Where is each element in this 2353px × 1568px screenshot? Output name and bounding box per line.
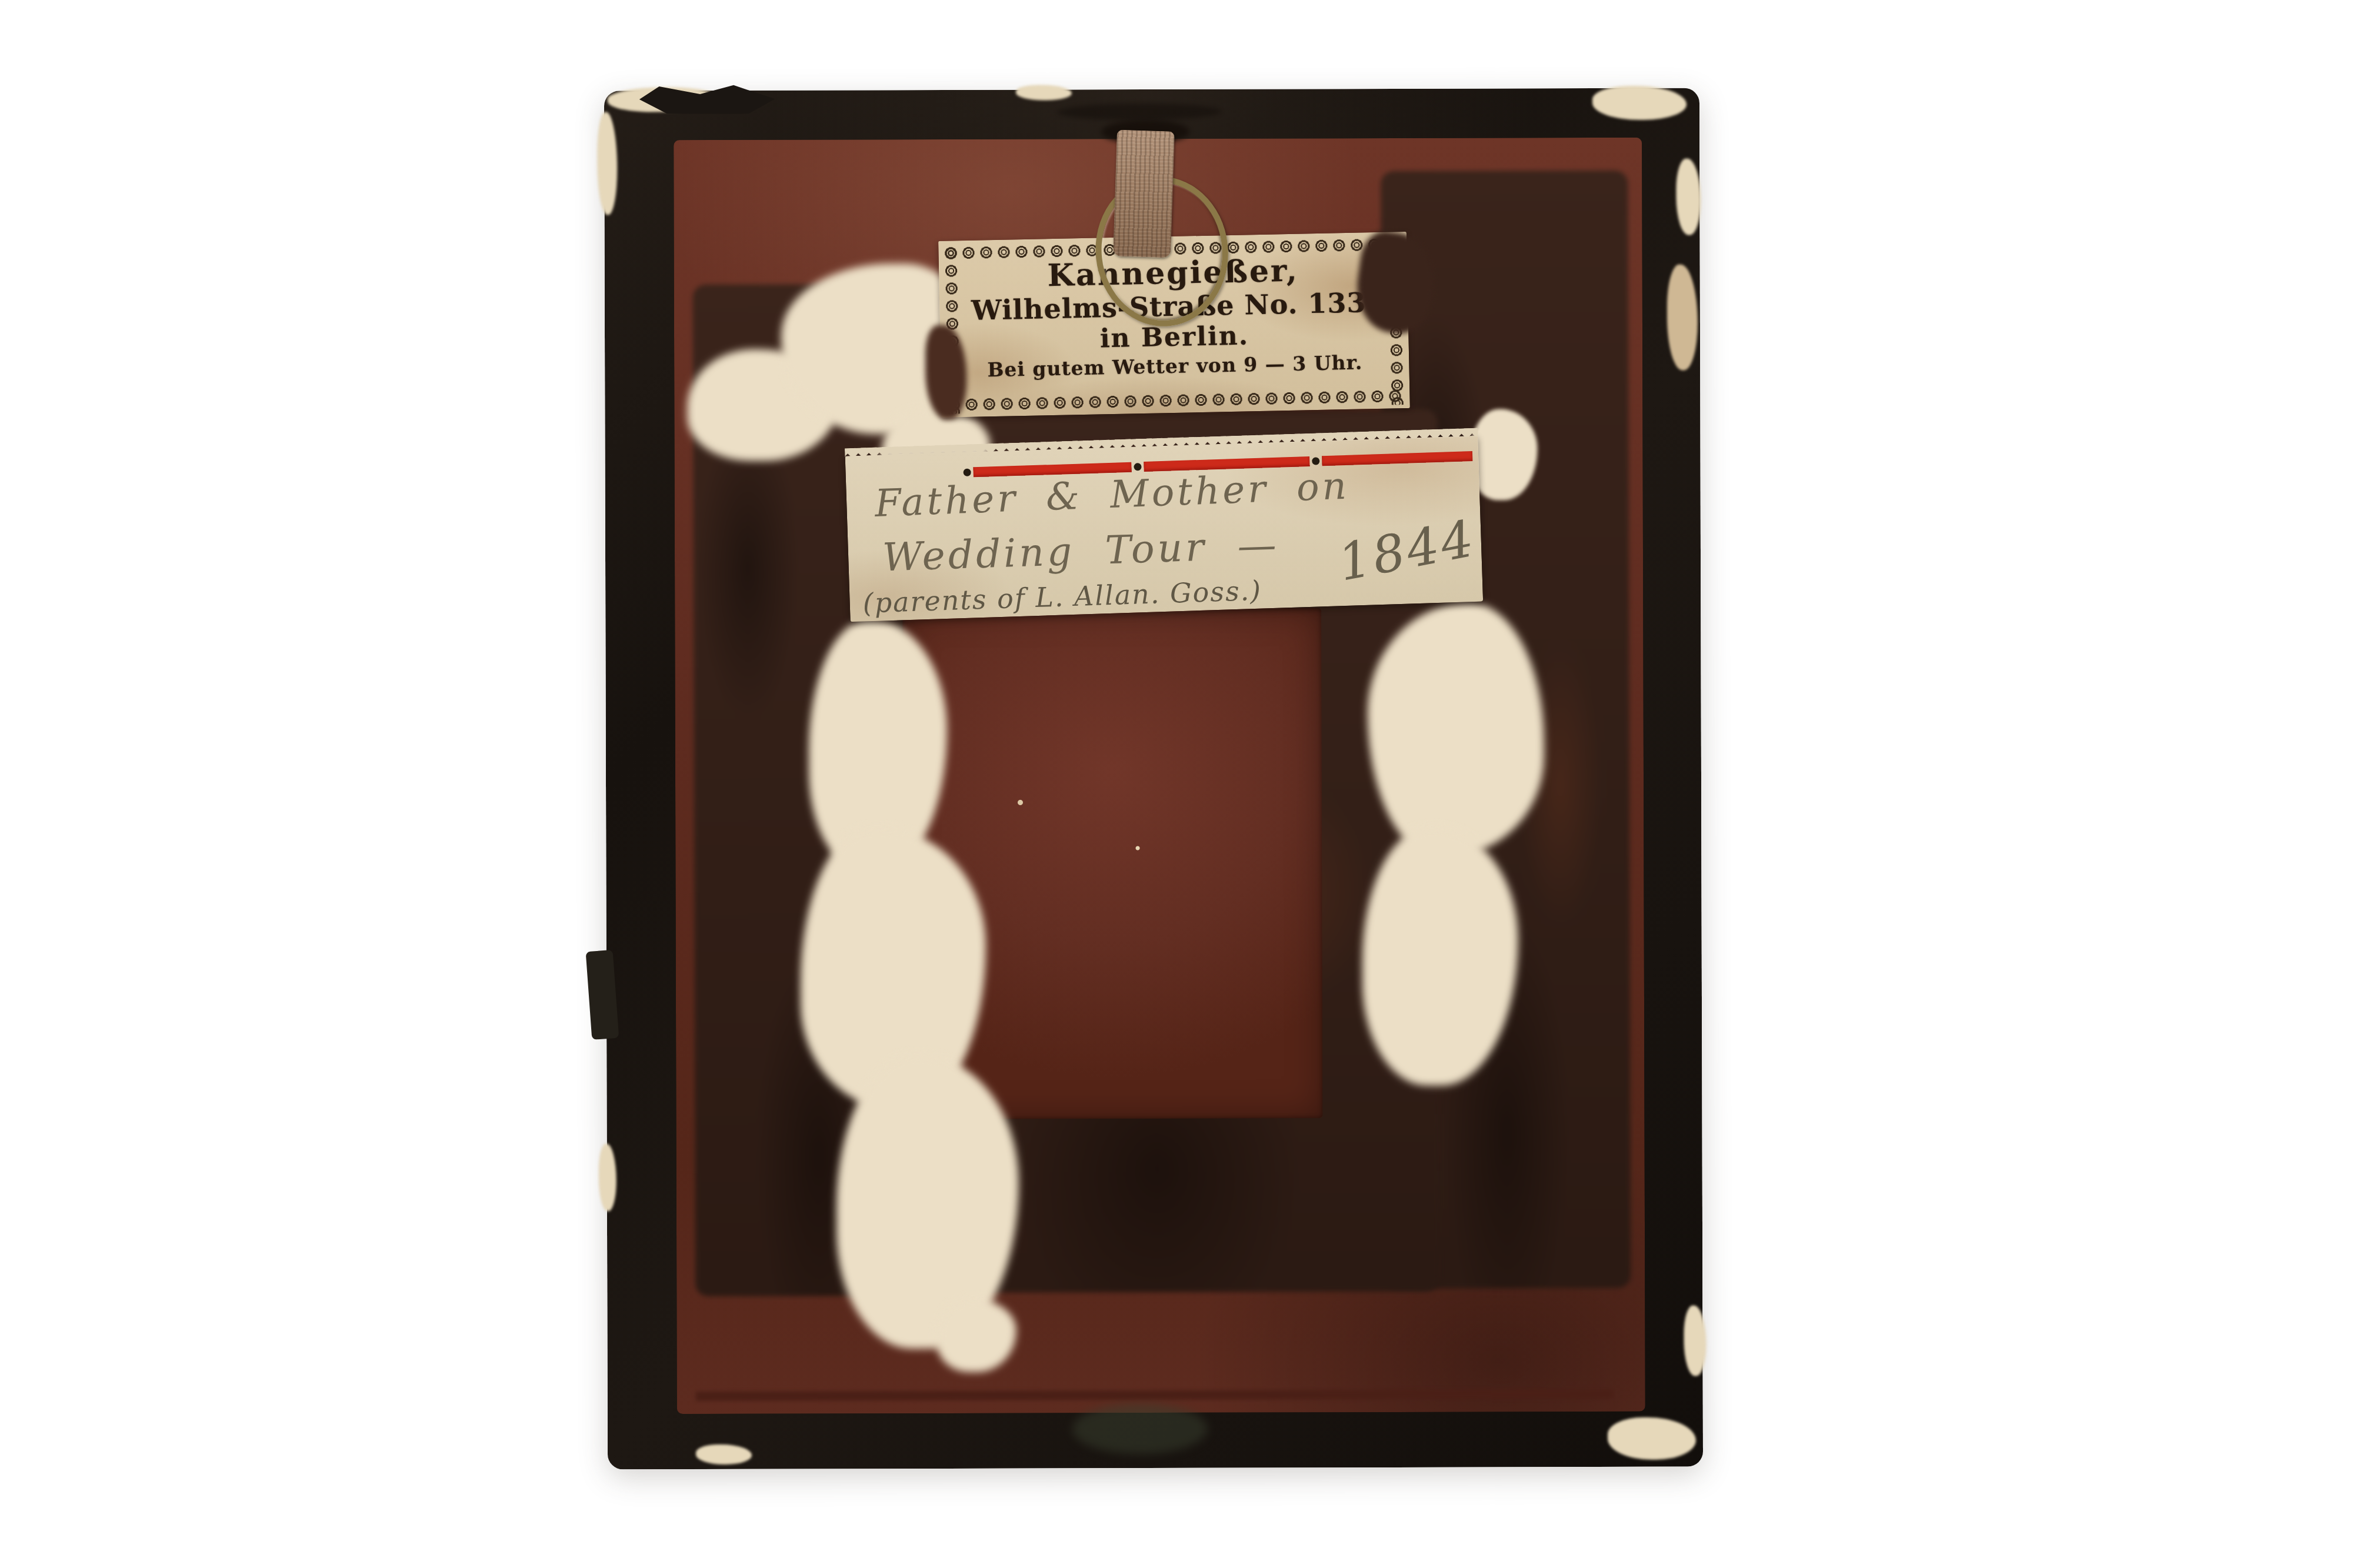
photo-background: Kannegießer, Wilhelms-Straße No. 133. in… (0, 0, 2353, 1568)
edge-wear-chip (1676, 159, 1701, 235)
stripe-segment (1322, 451, 1472, 466)
stripe-dot (963, 469, 971, 476)
edge-wear-chip (1592, 86, 1687, 120)
edge-wear-chip (599, 1143, 616, 1211)
edge-wear-chip (1608, 1417, 1696, 1460)
edge-wear-chip (1016, 85, 1072, 100)
fabric-hanging-loop (1113, 130, 1175, 258)
edge-wear-chip (597, 112, 617, 215)
torn-flap (586, 950, 619, 1040)
paper-loss-patch (1367, 603, 1544, 856)
handwritten-label: Father & Mother on Wedding Tour — 1844 (… (845, 436, 1484, 622)
stripe-dot (1134, 463, 1141, 471)
frame-back: Kannegießer, Wilhelms-Straße No. 133. in… (604, 88, 1703, 1470)
handwritten-line-1: Father & Mother on (874, 465, 1350, 526)
stain-mark (1072, 1404, 1208, 1454)
stripe-dot (1312, 457, 1320, 465)
torn-flap (639, 82, 775, 118)
edge-wear-chip (1684, 1306, 1706, 1376)
edge-wear-chip (1667, 265, 1698, 371)
handwritten-line-2: Wedding Tour — (882, 522, 1280, 581)
frayed-edge-fibers (1057, 104, 1222, 121)
edge-wear-chip (696, 1444, 752, 1464)
handwritten-year: 1844 (1334, 509, 1481, 592)
